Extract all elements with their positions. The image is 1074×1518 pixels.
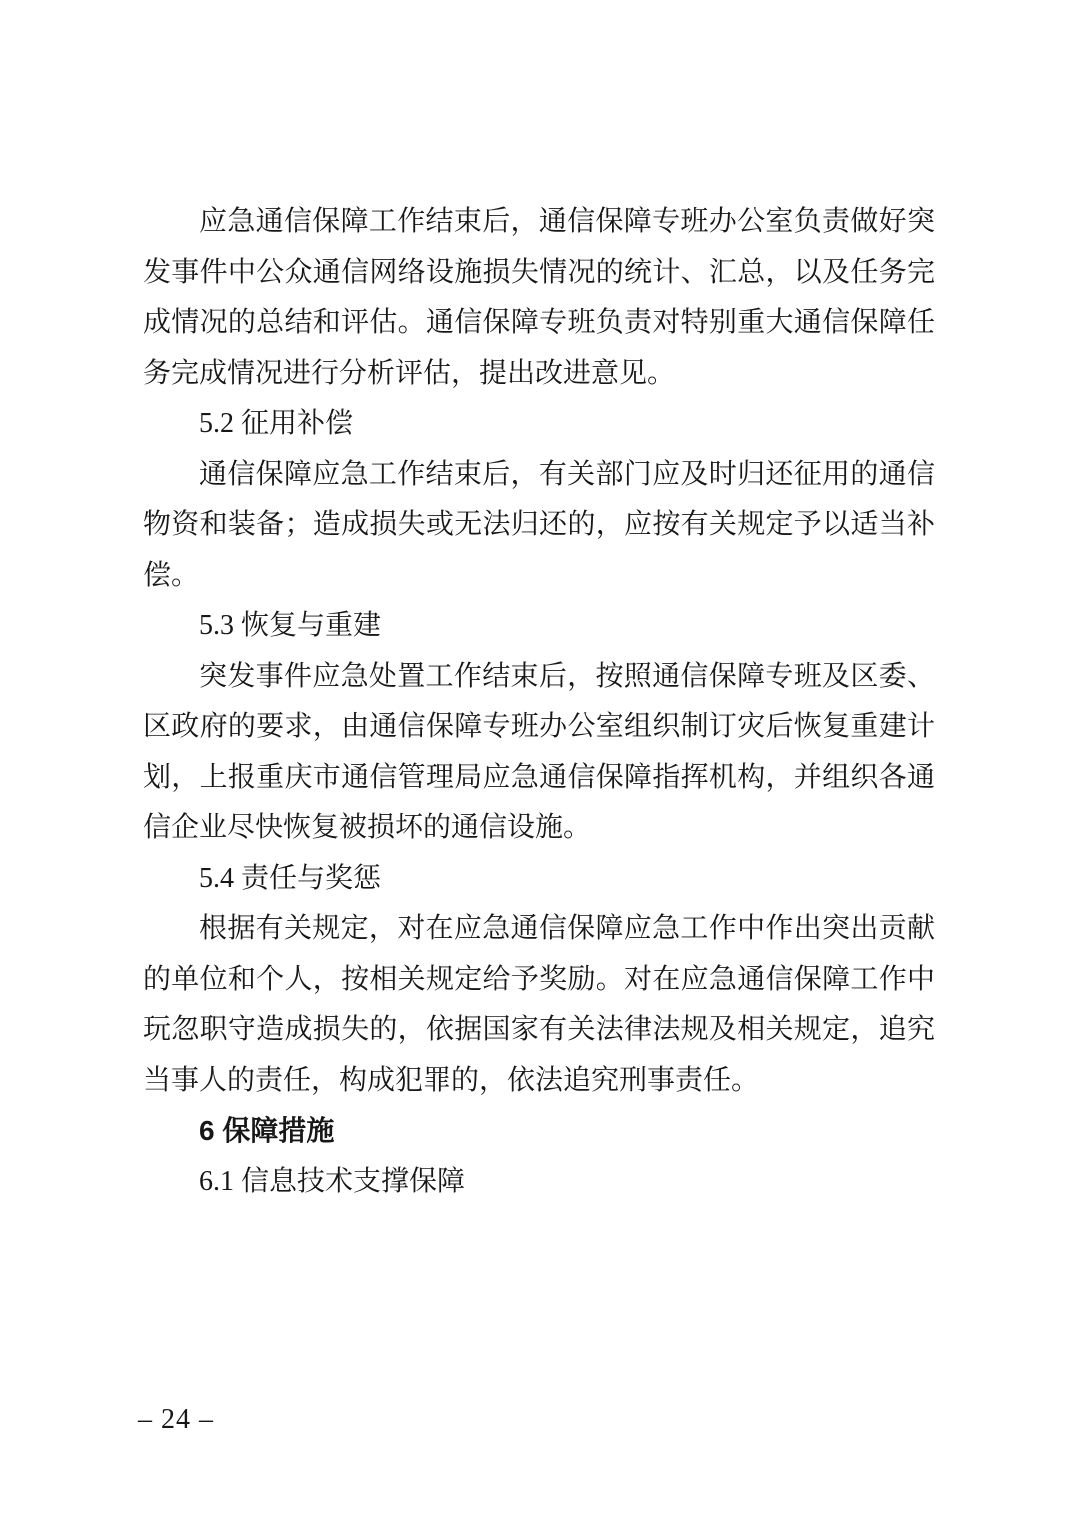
paragraph-task-summary: 应急通信保障工作结束后，通信保障专班办公室负责做好突发事件中公众通信网络设施损失…	[143, 197, 935, 399]
section-heading-5-2: 5.2 征用补偿	[143, 399, 935, 450]
paragraph-responsibility-rewards: 根据有关规定，对在应急通信保障应急工作中作出突出贡献的单位和个人，按相关规定给予…	[143, 904, 935, 1106]
paragraph-requisition-compensation: 通信保障应急工作结束后，有关部门应及时归还征用的通信物资和装备；造成损失或无法归…	[143, 450, 935, 602]
section-heading-5-4: 5.4 责任与奖惩	[143, 854, 935, 905]
page-number: – 24 –	[138, 1404, 214, 1436]
section-heading-6-1: 6.1 信息技术支撑保障	[143, 1157, 935, 1208]
chapter-heading-6: 6 保障措施	[143, 1106, 935, 1157]
document-body: 应急通信保障工作结束后，通信保障专班办公室负责做好突发事件中公众通信网络设施损失…	[143, 197, 935, 1207]
document-page: 应急通信保障工作结束后，通信保障专班办公室负责做好突发事件中公众通信网络设施损失…	[0, 0, 1074, 1518]
section-heading-5-3: 5.3 恢复与重建	[143, 601, 935, 652]
paragraph-recovery-reconstruction: 突发事件应急处置工作结束后，按照通信保障专班及区委、区政府的要求，由通信保障专班…	[143, 652, 935, 854]
